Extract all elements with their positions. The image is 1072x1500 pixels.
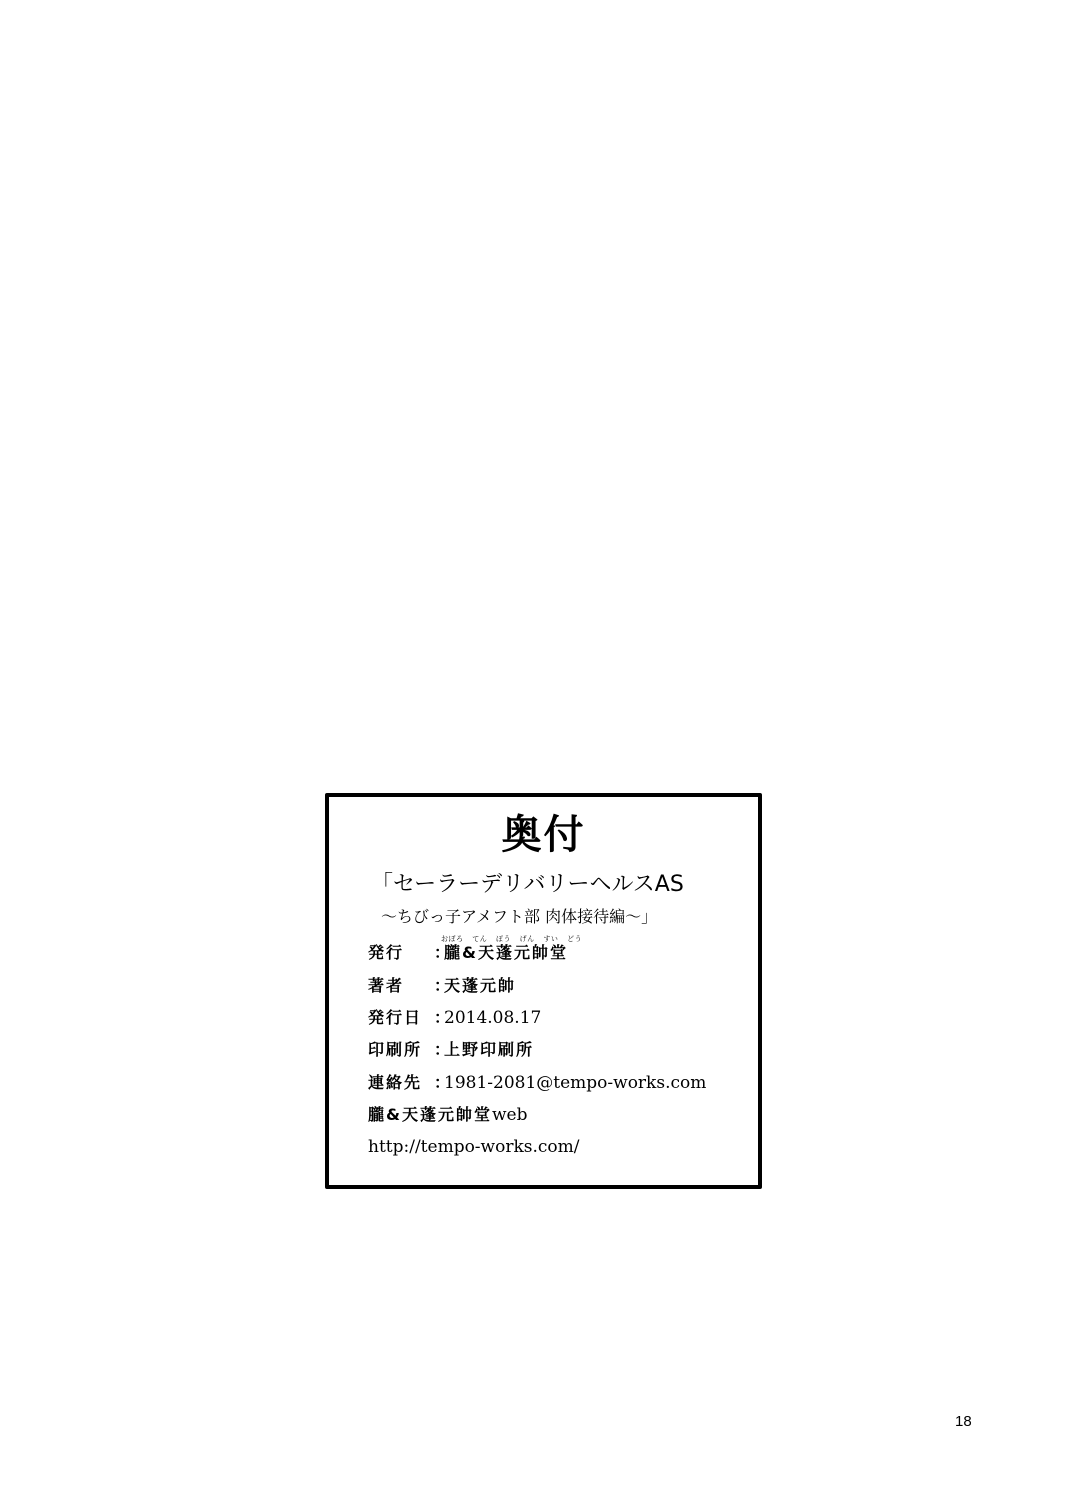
website-label-suffix: web (492, 1105, 528, 1125)
page: 奥付 「セーラーデリバリーヘルスAS 〜ちびっ子アメフト部 肉体接待編〜」 おぼ… (0, 0, 1072, 1500)
author-row: 著者 ： 天蓬元帥 (368, 975, 516, 997)
page-number: 18 (955, 1413, 972, 1431)
website-url[interactable]: http://tempo-works.com/ (368, 1136, 580, 1158)
colophon-heading: 奥付 (329, 811, 758, 859)
publish-date-label: 発行日 (368, 1007, 434, 1029)
separator: ： (434, 942, 444, 964)
website-label: 朧&天蓬元帥堂web (368, 1104, 527, 1126)
publisher-label: 発行 (368, 942, 434, 964)
publisher-value: 朧&天蓬元帥堂 (444, 942, 568, 964)
contact-row: 連絡先 ： 1981-2081@tempo-works.com (368, 1072, 706, 1094)
printer-value: 上野印刷所 (444, 1039, 534, 1061)
colophon-box: 奥付 「セーラーデリバリーヘルスAS 〜ちびっ子アメフト部 肉体接待編〜」 おぼ… (325, 793, 762, 1189)
publish-date-row: 発行日 ： 2014.08.17 (368, 1007, 541, 1029)
contact-label: 連絡先 (368, 1072, 434, 1094)
author-value: 天蓬元帥 (444, 975, 516, 997)
publisher-row: 発行 ： 朧&天蓬元帥堂 (368, 942, 568, 964)
printer-label: 印刷所 (368, 1039, 434, 1061)
separator: ： (434, 975, 444, 997)
contact-email[interactable]: 1981-2081@tempo-works.com (444, 1072, 706, 1094)
website-label-jp: 朧&天蓬元帥堂 (368, 1105, 492, 1124)
author-label: 著者 (368, 975, 434, 997)
book-title: 「セーラーデリバリーヘルスAS (371, 870, 684, 900)
separator: ： (434, 1072, 444, 1094)
separator: ： (434, 1039, 444, 1061)
separator: ： (434, 1007, 444, 1029)
printer-row: 印刷所 ： 上野印刷所 (368, 1039, 534, 1061)
book-subtitle: 〜ちびっ子アメフト部 肉体接待編〜」 (381, 905, 657, 929)
publish-date-value: 2014.08.17 (444, 1007, 541, 1029)
